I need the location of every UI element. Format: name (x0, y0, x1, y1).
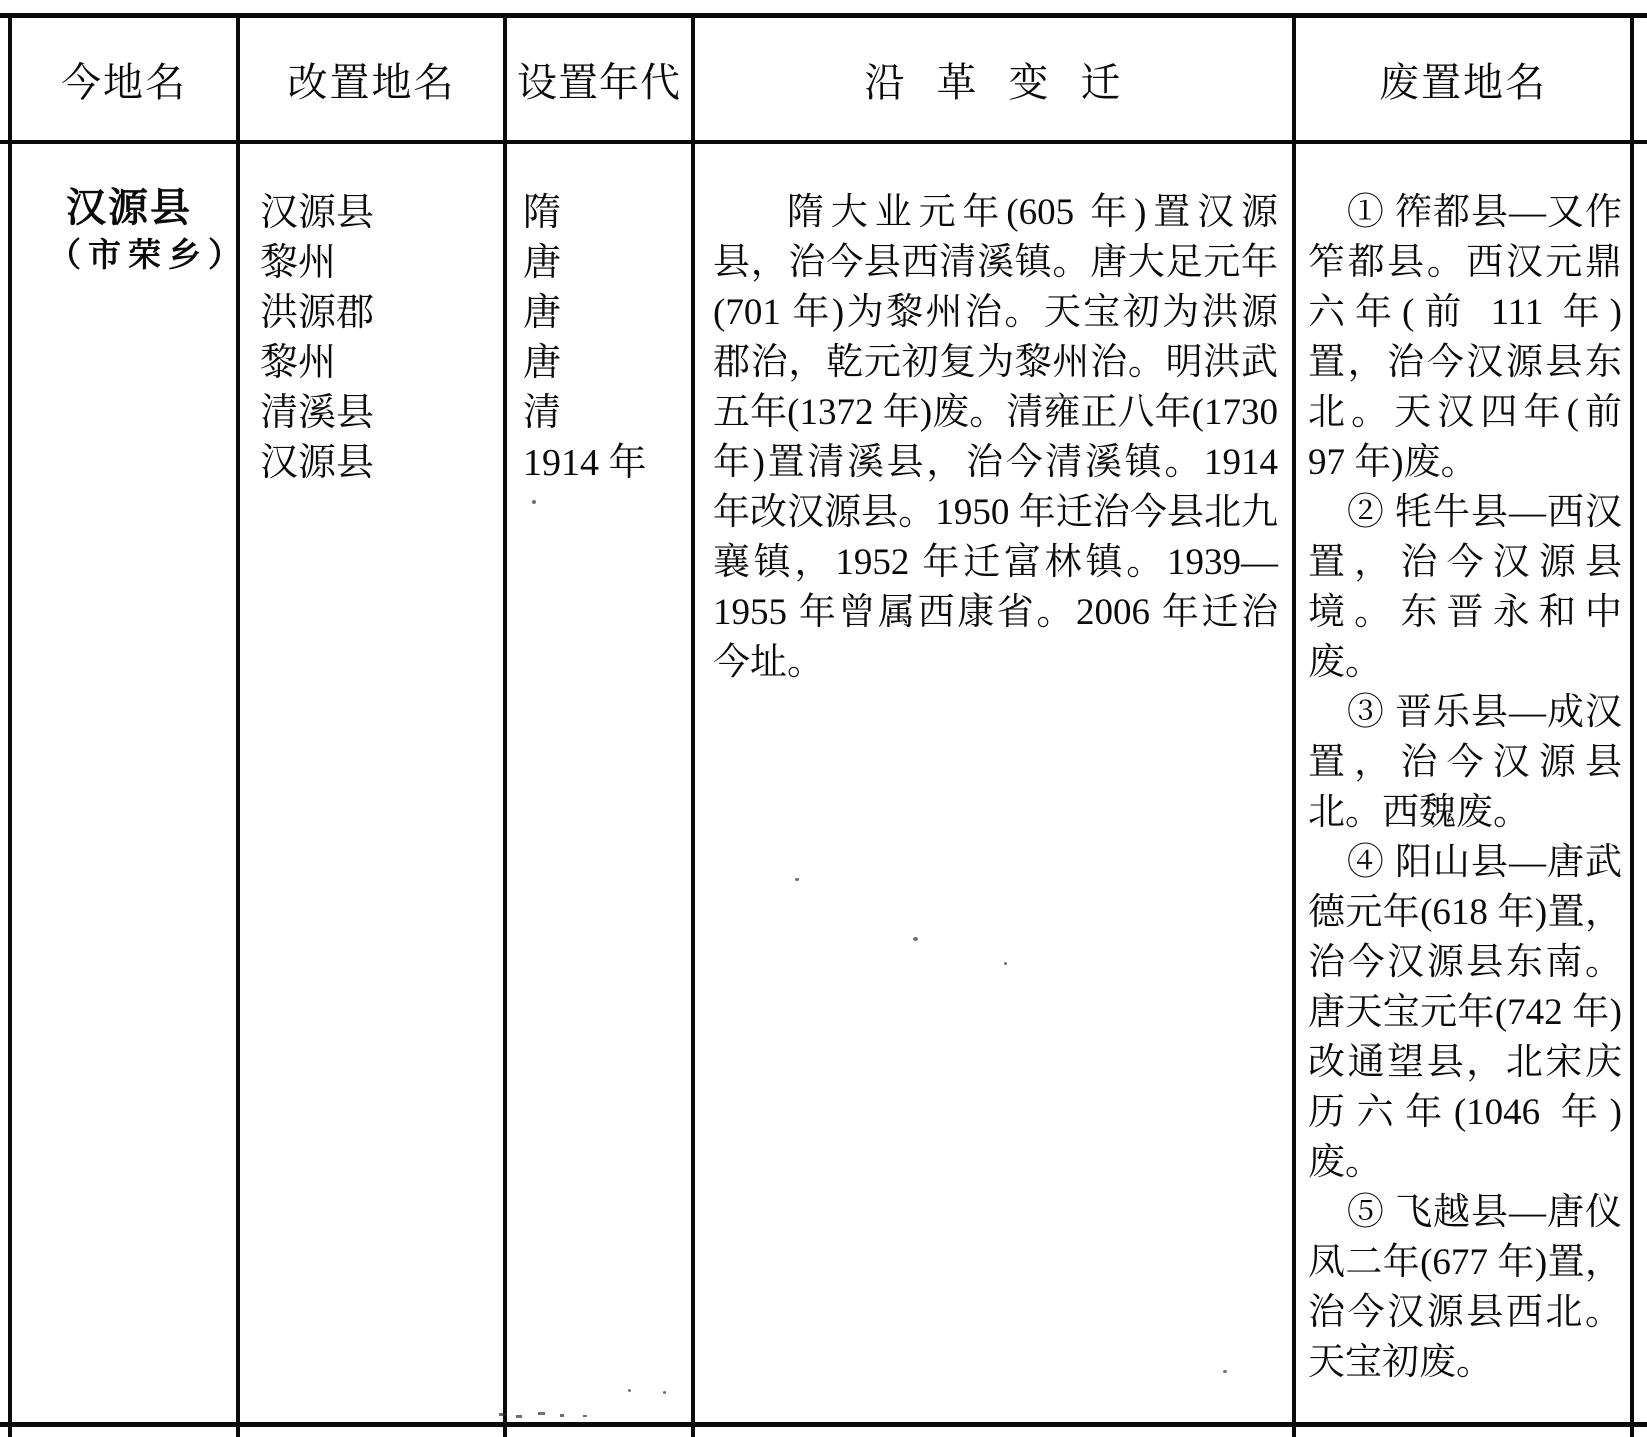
scan-speck (628, 1389, 631, 1392)
era-item: 1914 年 (523, 438, 691, 488)
cell-history: 隋大业元年(605 年)置汉源县，治今县西清溪镇。唐大足元年(701 年)为黎州… (691, 144, 1292, 1422)
scan-speck (583, 1415, 587, 1417)
scan-speck (1004, 962, 1007, 965)
scan-speck (560, 1414, 564, 1417)
scan-speck (532, 500, 536, 504)
scan-speck (499, 1413, 507, 1416)
abolished-entry: ① 筰都县—又作笮都县。西汉元鼎六年(前 111 年)置，治今汉源县东北。天汉四… (1308, 188, 1622, 488)
col-header-historical-changes: 沿 革 变 迁 (695, 18, 1292, 140)
renamed-name-item: 汉源县 (260, 438, 503, 488)
abolished-entry: ② 牦牛县—西汉置，治今汉源县境。东晋永和中废。 (1308, 488, 1622, 688)
row-bottom-border (0, 1422, 1647, 1427)
col-header-current-name: 今地名 (12, 18, 236, 140)
col-header-abolished-names: 废置地名 (1296, 18, 1630, 140)
scan-speck (795, 878, 799, 881)
scan-speck (538, 1412, 545, 1415)
scan-speck (1223, 1370, 1227, 1373)
abolished-entry: ④ 阳山县—唐武德元年(618 年)置，治今汉源县东南。唐天宝元年(742 年)… (1308, 838, 1622, 1188)
cell-abolished-names: ① 筰都县—又作笮都县。西汉元鼎六年(前 111 年)置，治今汉源县东北。天汉四… (1292, 144, 1630, 1422)
cell-renamed-names: 汉源县 黎州 洪源郡 黎州 清溪县 汉源县 (240, 144, 503, 1422)
era-item: 隋 (523, 188, 691, 238)
renamed-name-item: 清溪县 (260, 388, 503, 438)
scan-speck (913, 937, 918, 941)
renamed-name-item: 黎州 (260, 238, 503, 288)
renamed-name-item: 黎州 (260, 338, 503, 388)
scan-speck (663, 1391, 666, 1394)
era-item: 清 (523, 388, 691, 438)
abolished-entry: ⑤ 飞越县—唐仪凤二年(677 年)置，治今汉源县西北。天宝初废。 (1308, 1188, 1622, 1388)
era-item: 唐 (523, 288, 691, 338)
renamed-name-item: 汉源县 (260, 188, 503, 238)
cell-current-name: 汉源县 （市荣乡） (12, 144, 236, 1422)
col-header-renamed-name: 改置地名 (240, 18, 503, 140)
current-name-note: （市荣乡） (48, 232, 236, 280)
abolished-entry: ③ 晋乐县—成汉置，治今汉源县北。西魏废。 (1308, 688, 1622, 838)
table-right-border (1630, 13, 1634, 1437)
current-name-text: 汉源县 (66, 184, 236, 232)
scanned-gazetteer-page: 今地名 改置地名 设置年代 沿 革 变 迁 废置地名 汉源县 （市荣乡） 汉源县… (0, 0, 1647, 1437)
history-text: 隋大业元年(605 年)置汉源县，治今县西清溪镇。唐大足元年(701 年)为黎州… (713, 188, 1278, 688)
renamed-name-item: 洪源郡 (260, 288, 503, 338)
scan-speck (516, 1415, 522, 1418)
era-item: 唐 (523, 338, 691, 388)
era-item: 唐 (523, 238, 691, 288)
col-header-era-established: 设置年代 (507, 18, 691, 140)
cell-eras: 隋 唐 唐 唐 清 1914 年 (507, 144, 691, 1422)
